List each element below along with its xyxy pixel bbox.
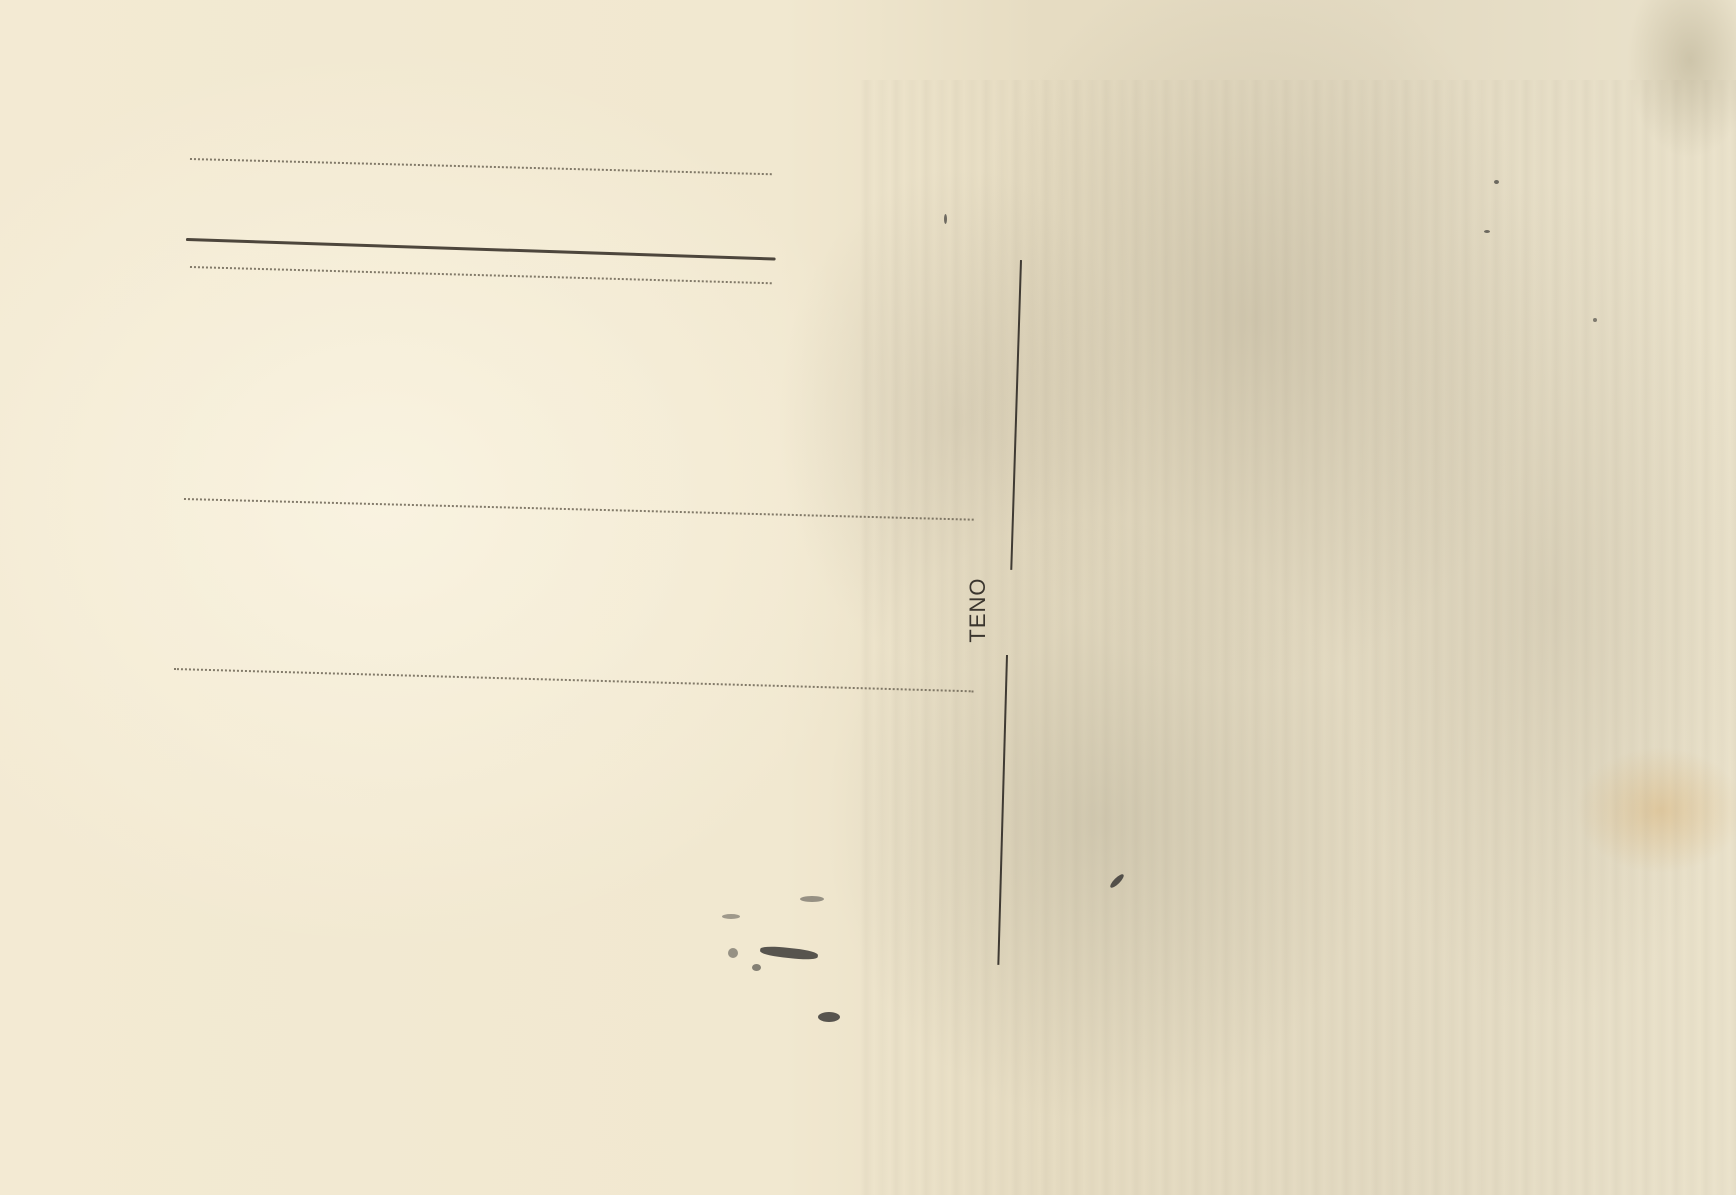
ink-speck bbox=[800, 896, 824, 902]
ink-speck bbox=[760, 945, 819, 961]
ink-speck bbox=[944, 214, 947, 224]
address-line-1 bbox=[190, 158, 772, 175]
address-line-2 bbox=[190, 266, 772, 284]
ink-speck bbox=[752, 964, 761, 971]
ink-speck bbox=[1593, 318, 1597, 322]
ink-speck bbox=[728, 948, 738, 958]
ink-speck bbox=[722, 914, 740, 919]
ink-speck bbox=[818, 1012, 840, 1022]
address-line-3 bbox=[184, 498, 974, 521]
water-stain-streaks bbox=[860, 80, 1736, 1195]
divider-label: TENO bbox=[965, 577, 991, 642]
postcard-back: TENO bbox=[0, 0, 1736, 1195]
center-divider-bottom bbox=[997, 655, 1008, 965]
ink-speck bbox=[1109, 873, 1126, 890]
ink-speck bbox=[1484, 230, 1490, 233]
address-line-solid bbox=[186, 238, 776, 261]
center-divider-top bbox=[1010, 260, 1022, 570]
ink-speck bbox=[1494, 180, 1499, 184]
address-line-4 bbox=[174, 668, 974, 692]
